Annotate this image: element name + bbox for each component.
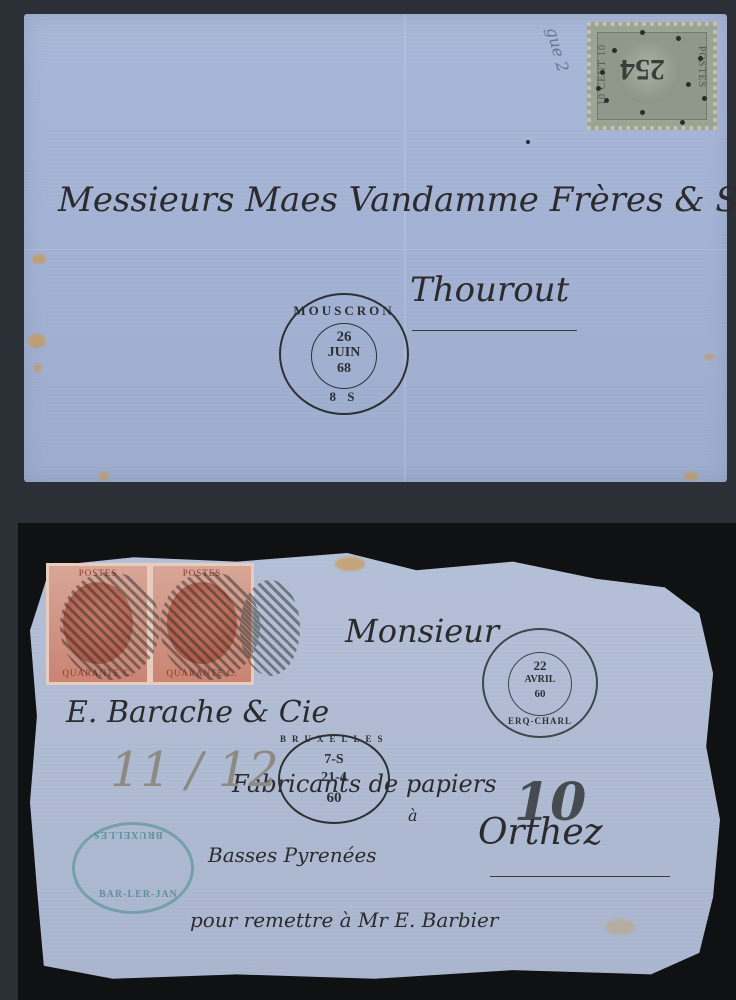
bar-grid-cancel [240, 580, 300, 676]
fold-line [24, 249, 727, 250]
address-underline [490, 876, 670, 877]
foxing-stain [34, 364, 42, 372]
foxing-stain [32, 254, 46, 264]
stamp-country-label: POSTES [696, 46, 707, 88]
mouscron-postmark: MOUSCRON 26 JUIN 68 8 S [279, 293, 409, 415]
pencil-marks: 11 / 12 [110, 742, 279, 798]
tax-mark: 10 [514, 772, 586, 833]
foxing-stain [335, 557, 365, 571]
department-name: Basses Pyrenées [208, 843, 377, 867]
foxing-stain [605, 919, 635, 935]
numeral-cancel: 254 [620, 52, 665, 86]
address-preposition: à [408, 806, 418, 825]
postmark-town: BRUXELLES [280, 734, 388, 744]
french-entry-postmark: 22 AVRIL 60 ERQ-CHARL [482, 628, 598, 738]
foxing-stain [704, 354, 714, 360]
foxing-stain [99, 472, 109, 480]
forwarding-note: pour remettre à Mr E. Barbier [190, 908, 498, 932]
addressee-line: Messieurs Maes Vandamme Frères & Sœurs [58, 180, 736, 220]
addressee-name: E. Barache & Cie [66, 695, 329, 730]
foxing-stain [28, 334, 46, 348]
address-salutation: Monsieur [345, 612, 499, 650]
bar-grid-cancel [60, 572, 160, 680]
fold-line [404, 14, 406, 482]
bruxelles-postmark: 7-S 21-4 60 BRUXELLES [278, 734, 390, 824]
foxing-stain [684, 472, 698, 480]
address-underline [412, 330, 577, 331]
destination-town: Thourout [410, 270, 569, 310]
album-page-photo: 10 CENT 10 POSTES 254 gue 2 Messieurs Ma… [0, 0, 736, 1000]
forwarding-agent-cachet: BRUXELLES BAR-LER-JAN [72, 822, 194, 914]
